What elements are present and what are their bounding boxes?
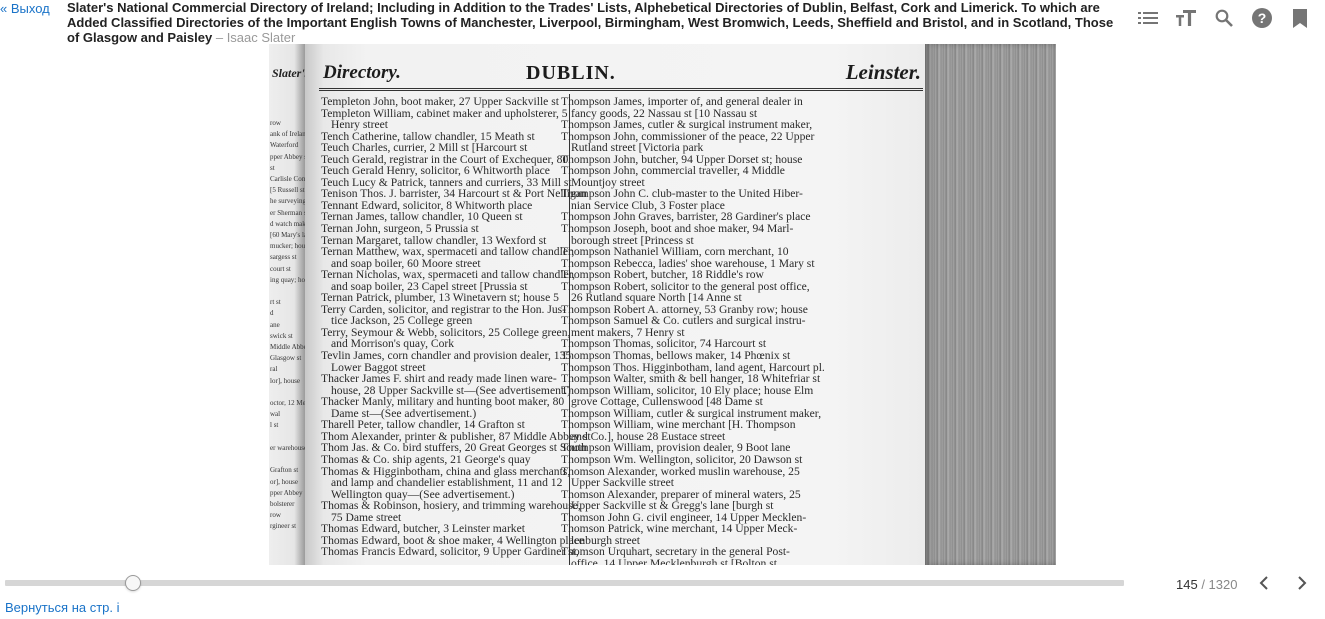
next-page-button[interactable]: [1292, 576, 1312, 594]
reader-toolbar: ?: [1129, 6, 1319, 30]
running-head-center: DUBLIN.: [526, 62, 616, 85]
text-size-button[interactable]: [1167, 6, 1205, 30]
margin-line: lor], house: [270, 376, 305, 387]
margin-line: [270, 286, 305, 297]
running-head-right: Leinster.: [846, 60, 921, 85]
exit-link[interactable]: « Выход: [0, 1, 50, 16]
margin-line: row: [270, 510, 305, 521]
margin-line: wal: [270, 409, 305, 420]
contents-button[interactable]: [1129, 6, 1167, 30]
margin-line: [60 Mary's lane: [270, 230, 305, 241]
directory-entry: Thompson Nathaniel William, corn merchan…: [561, 246, 851, 258]
margin-line: [270, 387, 305, 398]
margin-line: rt st: [270, 297, 305, 308]
bookmark-icon: [1293, 9, 1307, 28]
margin-line: or], house: [270, 477, 305, 488]
previous-page-sliver: Slater's rowank of IrelandWaterfordpper …: [269, 44, 305, 565]
margin-line: row: [270, 118, 305, 129]
page-scan-viewer[interactable]: Slater's rowank of IrelandWaterfordpper …: [269, 44, 1056, 565]
directory-entry: Thompson Walter, smith & bell hanger, 18…: [561, 373, 851, 385]
margin-line: [270, 432, 305, 443]
margin-line: mucker; house: [270, 241, 305, 252]
margin-line: octor, 12 Mer: [270, 398, 305, 409]
margin-line: Waterford: [270, 140, 305, 151]
margin-line: ral: [270, 364, 305, 375]
page-slider-thumb[interactable]: [125, 575, 141, 591]
help-icon: ?: [1252, 8, 1272, 28]
text-size-icon: [1176, 9, 1196, 27]
margin-line: he surveying: [270, 196, 305, 207]
search-icon: [1215, 9, 1233, 27]
chevron-right-icon: [1297, 576, 1307, 595]
book-page-edges: [925, 44, 1056, 565]
author-separator: –: [212, 30, 226, 45]
directory-entry: Rutland street [Victoria park: [561, 142, 851, 154]
running-head: Directory. DUBLIN. Leinster.: [305, 60, 925, 88]
reader-header: « Выход Slater's National Commercial Dir…: [0, 0, 1325, 44]
page-separator: /: [1198, 577, 1209, 592]
margin-line: Middle Abbey: [270, 342, 305, 353]
directory-entry: Upper Sackville st & Gregg's lane [burgh…: [561, 500, 851, 512]
margin-line: court st: [270, 264, 305, 275]
margin-line: sargess st: [270, 252, 305, 263]
running-head-left: Directory.: [323, 62, 401, 84]
scanned-page: Directory. DUBLIN. Leinster. Templeton J…: [305, 44, 925, 565]
margin-line: pper Abbey st: [270, 152, 305, 163]
return-to-page-link[interactable]: Вернуться на стр. i: [5, 600, 120, 615]
book-author: Isaac Slater: [227, 30, 296, 45]
margin-line: ane: [270, 320, 305, 331]
svg-text:?: ?: [1258, 10, 1267, 26]
margin-line: rgineer st: [270, 521, 305, 532]
page-counter: 145 / 1320: [1176, 577, 1237, 592]
margin-line: Carlisle Company: [270, 174, 305, 185]
left-page-margin-text: rowank of IrelandWaterfordpper Abbey sts…: [270, 118, 305, 565]
previous-page-button[interactable]: [1254, 576, 1274, 594]
margin-line: ank of Ireland: [270, 129, 305, 140]
current-page: 145: [1176, 577, 1198, 592]
page-slider[interactable]: [5, 580, 1124, 586]
directory-entry: Thompson Wm. Wellington, solicitor, 20 D…: [561, 454, 851, 466]
margin-line: pper Abbey: [270, 488, 305, 499]
margin-line: d watch maker: [270, 219, 305, 230]
margin-line: [270, 454, 305, 465]
margin-line: er Sherman st: [270, 208, 305, 219]
directory-column-right: Thompson James, importer of, and general…: [561, 96, 851, 565]
directory-entry: Thompson James, cutler & surgical instru…: [561, 119, 851, 131]
directory-entry: Upper Sackville street: [561, 477, 851, 489]
margin-line: [270, 533, 305, 544]
margin-line: ing quay; house: [270, 275, 305, 286]
margin-line: st: [270, 163, 305, 174]
left-page-running-head: Slater's: [272, 66, 305, 81]
total-pages: 1320: [1209, 577, 1238, 592]
margin-line: d: [270, 308, 305, 319]
bookmark-button[interactable]: [1281, 6, 1319, 30]
margin-line: Grafton st: [270, 465, 305, 476]
margin-line: er warehouse: [270, 443, 305, 454]
chevron-left-icon: [1259, 576, 1269, 595]
margin-line: swick st: [270, 331, 305, 342]
margin-line: [270, 544, 305, 555]
list-icon: [1138, 11, 1158, 25]
search-button[interactable]: [1205, 6, 1243, 30]
margin-line: l st: [270, 420, 305, 431]
directory-entry: Thompson James, importer of, and general…: [561, 96, 851, 108]
margin-line: [5 Russell st: [270, 185, 305, 196]
margin-line: [270, 555, 305, 565]
margin-line: Glasgow st: [270, 353, 305, 364]
margin-line: bolsterer: [270, 499, 305, 510]
directory-entry: office, 14 Upper Mecklenburgh st [Bolton…: [561, 558, 851, 565]
book-title-block: Slater's National Commercial Directory o…: [67, 0, 1127, 45]
help-button[interactable]: ?: [1243, 6, 1281, 30]
directory-entry: Thompson Thomas, bellows maker, 14 Phœni…: [561, 350, 851, 362]
header-rule: [319, 88, 923, 91]
directory-entry: Thompson Joseph, boot and shoe maker, 94…: [561, 223, 851, 235]
